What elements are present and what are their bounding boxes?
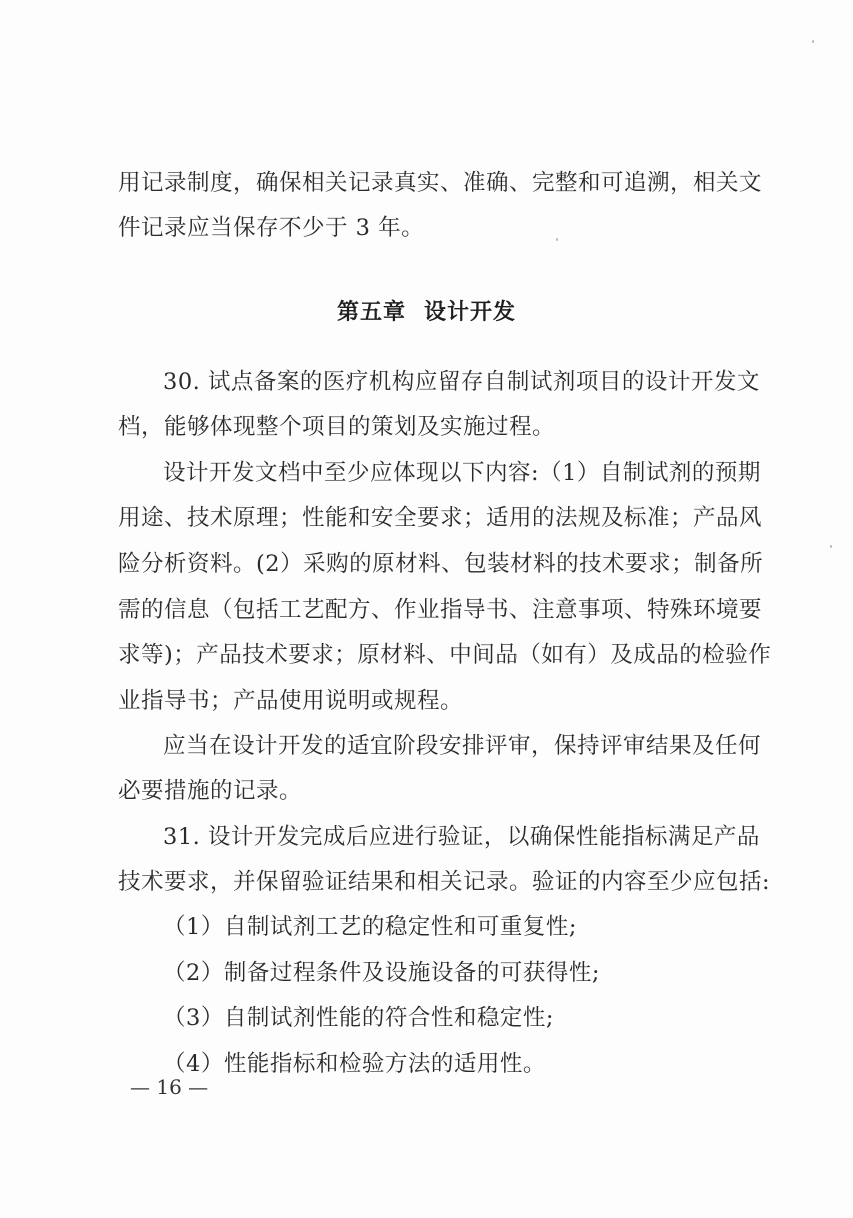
review-line-1: 应当在设计开发的适宜阶段安排评审，保持评审结果及任何 bbox=[163, 731, 750, 761]
design-docs-line-1: 设计开发文档中至少应体现以下内容:（1）自制试剂的预期 bbox=[163, 458, 750, 488]
design-docs-line-5: 求等)；产品技术要求；原材料、中间品（如有）及成品的检验作 bbox=[118, 640, 750, 670]
design-docs-line-4: 需的信息（包括工艺配方、作业指导书、注意事项、特殊环境要 bbox=[118, 595, 750, 625]
article-31-line-1: 31. 设计开发完成后应进行验证，以确保性能指标满足产品 bbox=[163, 822, 750, 852]
continuation-line-1: 用记录制度，确保相关记录真实、准确、完整和可追溯，相关文 bbox=[118, 168, 750, 198]
article-31-line-2: 技术要求，并保留验证结果和相关记录。验证的内容至少应包括: bbox=[118, 867, 750, 897]
design-docs-line-6: 业指导书；产品使用说明或规程。 bbox=[118, 686, 463, 716]
scan-speck bbox=[515, 655, 517, 658]
design-docs-line-2: 用途、技术原理；性能和安全要求；适用的法规及标准；产品风 bbox=[118, 503, 750, 533]
review-line-2: 必要措施的记录。 bbox=[118, 776, 302, 806]
scan-speck bbox=[830, 545, 832, 548]
document-page: 用记录制度，确保相关记录真实、准确、完整和可追溯，相关文 件记录应当保存不少于 … bbox=[0, 0, 853, 1218]
scan-speck bbox=[556, 238, 558, 241]
chapter-number: 第五章 bbox=[337, 300, 406, 325]
verification-item-3: （3）自制试剂性能的符合性和稳定性; bbox=[163, 1003, 554, 1033]
article-30-line-1: 30. 试点备案的医疗机构应留存自制试剂项目的设计开发文 bbox=[163, 367, 750, 397]
scan-speck bbox=[812, 40, 814, 43]
article-30-line-2: 档，能够体现整个项目的策划及实施过程。 bbox=[118, 412, 555, 442]
verification-item-4: （4）性能指标和检验方法的适用性。 bbox=[163, 1049, 546, 1079]
verification-item-2: （2）制备过程条件及设施设备的可获得性; bbox=[163, 958, 600, 988]
page-number: — 16 — bbox=[130, 1074, 208, 1100]
chapter-heading: 第五章设计开发 bbox=[0, 298, 853, 328]
verification-item-1: （1）自制试剂工艺的稳定性和可重复性; bbox=[163, 912, 577, 942]
continuation-line-2: 件记录应当保存不少于 3 年。 bbox=[118, 213, 424, 243]
design-docs-line-3: 险分析资料。(2）采购的原材料、包装材料的技术要求；制备所 bbox=[118, 549, 750, 579]
chapter-title: 设计开发 bbox=[424, 300, 516, 325]
